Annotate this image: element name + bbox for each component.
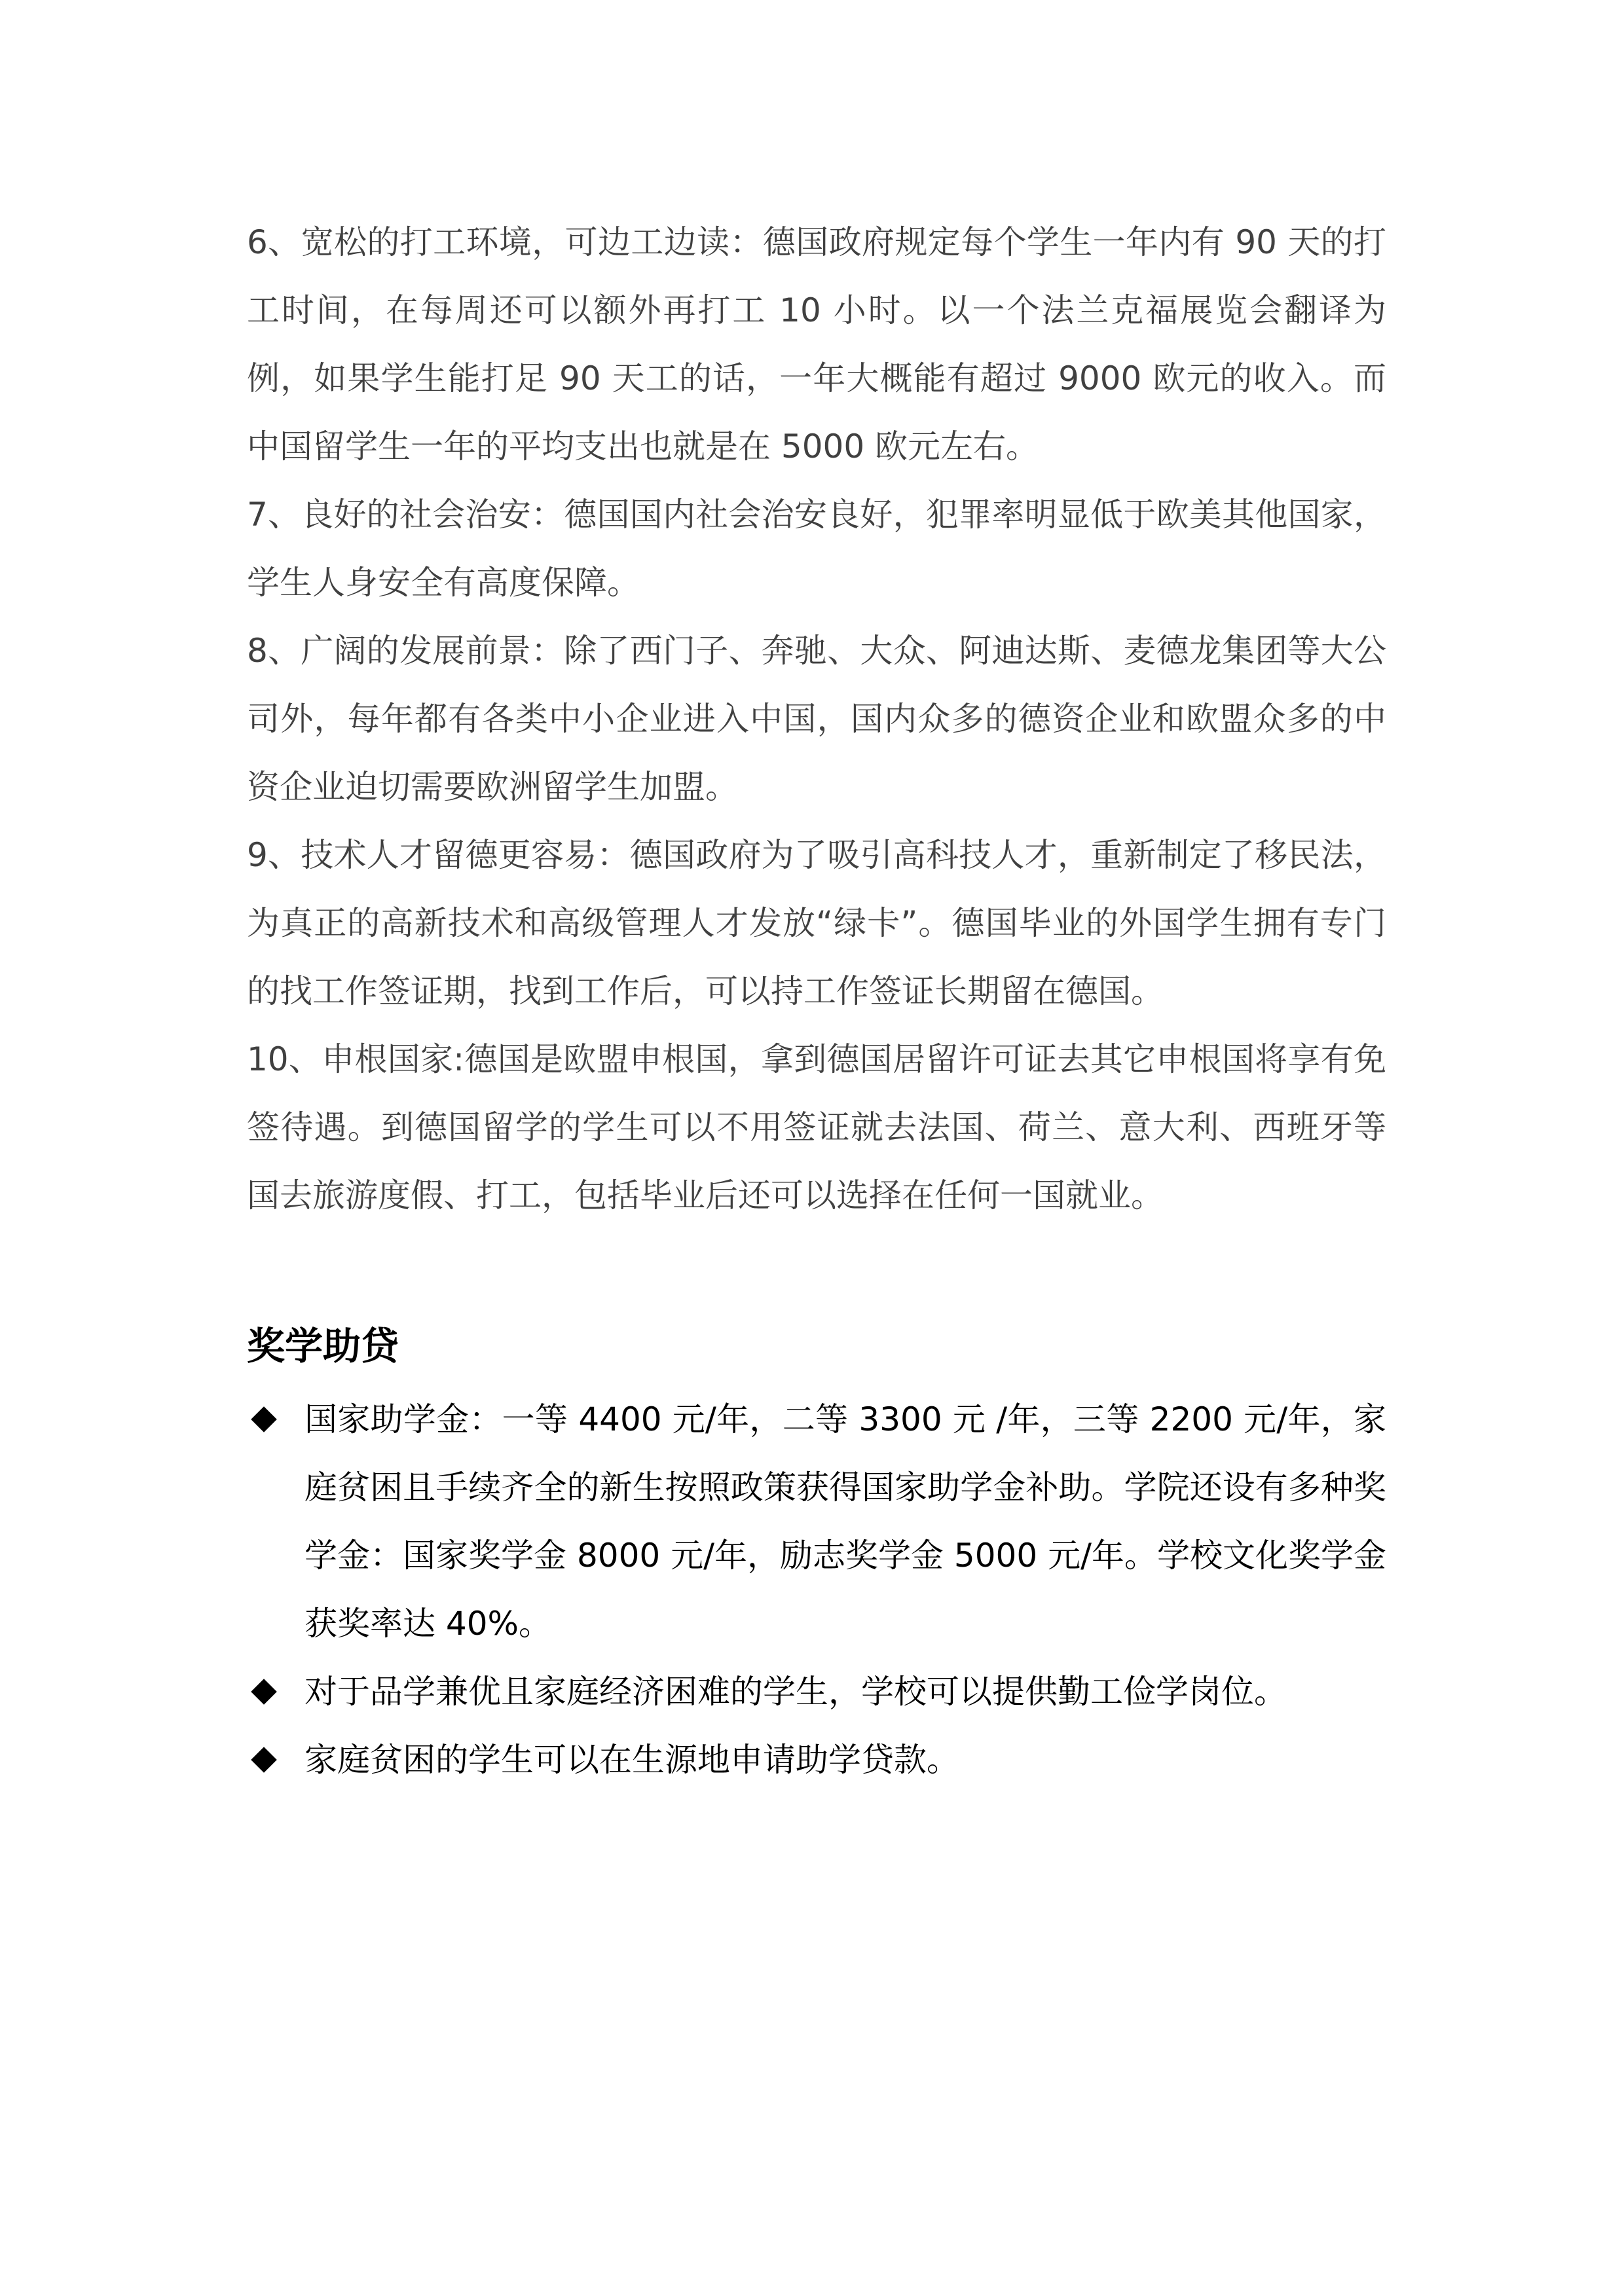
item-number: 10、: [247, 1040, 322, 1078]
numbered-item-6: 6、宽松的打工环境，可边工边读：德国政府规定每个学生一年内有 90 天的打工时间…: [247, 208, 1386, 481]
item-title: 良好的社会治安：: [301, 496, 564, 534]
item-title: 技术人才留德更容易：: [301, 836, 629, 874]
item-number: 8、: [247, 632, 301, 670]
diamond-bullet-icon: [247, 1726, 304, 1794]
bullet-item-work-study: 对于品学兼优且家庭经济困难的学生，学校可以提供勤工俭学岗位。: [247, 1658, 1386, 1726]
numbered-item-10: 10、申根国家:德国是欧盟申根国，拿到德国居留许可证去其它申根国将享有免签待遇。…: [247, 1025, 1386, 1230]
item-title: 宽松的打工环境，可边工边读：: [301, 223, 763, 261]
section-heading-scholarship: 奖学助贷: [247, 1307, 1386, 1385]
diamond-bullet-icon: [247, 1658, 304, 1726]
bullet-text: 对于品学兼优且家庭经济困难的学生，学校可以提供勤工俭学岗位。: [304, 1658, 1386, 1726]
scholarship-bullet-list: 国家助学金：一等 4400 元/年，二等 3300 元 /年，三等 2200 元…: [247, 1385, 1386, 1794]
item-number: 6、: [247, 223, 301, 261]
item-number: 9、: [247, 836, 301, 874]
numbered-item-8: 8、广阔的发展前景：除了西门子、奔驰、大众、阿迪达斯、麦德龙集团等大公司外，每年…: [247, 617, 1386, 821]
item-title: 申根国家:: [322, 1040, 464, 1078]
item-title: 广阔的发展前景：: [301, 632, 564, 670]
diamond-bullet-icon: [247, 1385, 304, 1453]
item-number: 7、: [247, 496, 301, 534]
bullet-item-student-loan: 家庭贫困的学生可以在生源地申请助学贷款。: [247, 1726, 1386, 1794]
numbered-item-9: 9、技术人才留德更容易：德国政府为了吸引高科技人才，重新制定了移民法，为真正的高…: [247, 821, 1386, 1025]
bullet-item-national-grant: 国家助学金：一等 4400 元/年，二等 3300 元 /年，三等 2200 元…: [247, 1385, 1386, 1658]
bullet-text: 国家助学金：一等 4400 元/年，二等 3300 元 /年，三等 2200 元…: [304, 1385, 1386, 1658]
document-page: 6、宽松的打工环境，可边工边读：德国政府规定每个学生一年内有 90 天的打工时间…: [247, 208, 1386, 1794]
advantages-numbered-list: 6、宽松的打工环境，可边工边读：德国政府规定每个学生一年内有 90 天的打工时间…: [247, 208, 1386, 1230]
numbered-item-7: 7、良好的社会治安：德国国内社会治安良好，犯罪率明显低于欧美其他国家，学生人身安…: [247, 481, 1386, 617]
bullet-text: 家庭贫困的学生可以在生源地申请助学贷款。: [304, 1726, 1386, 1794]
